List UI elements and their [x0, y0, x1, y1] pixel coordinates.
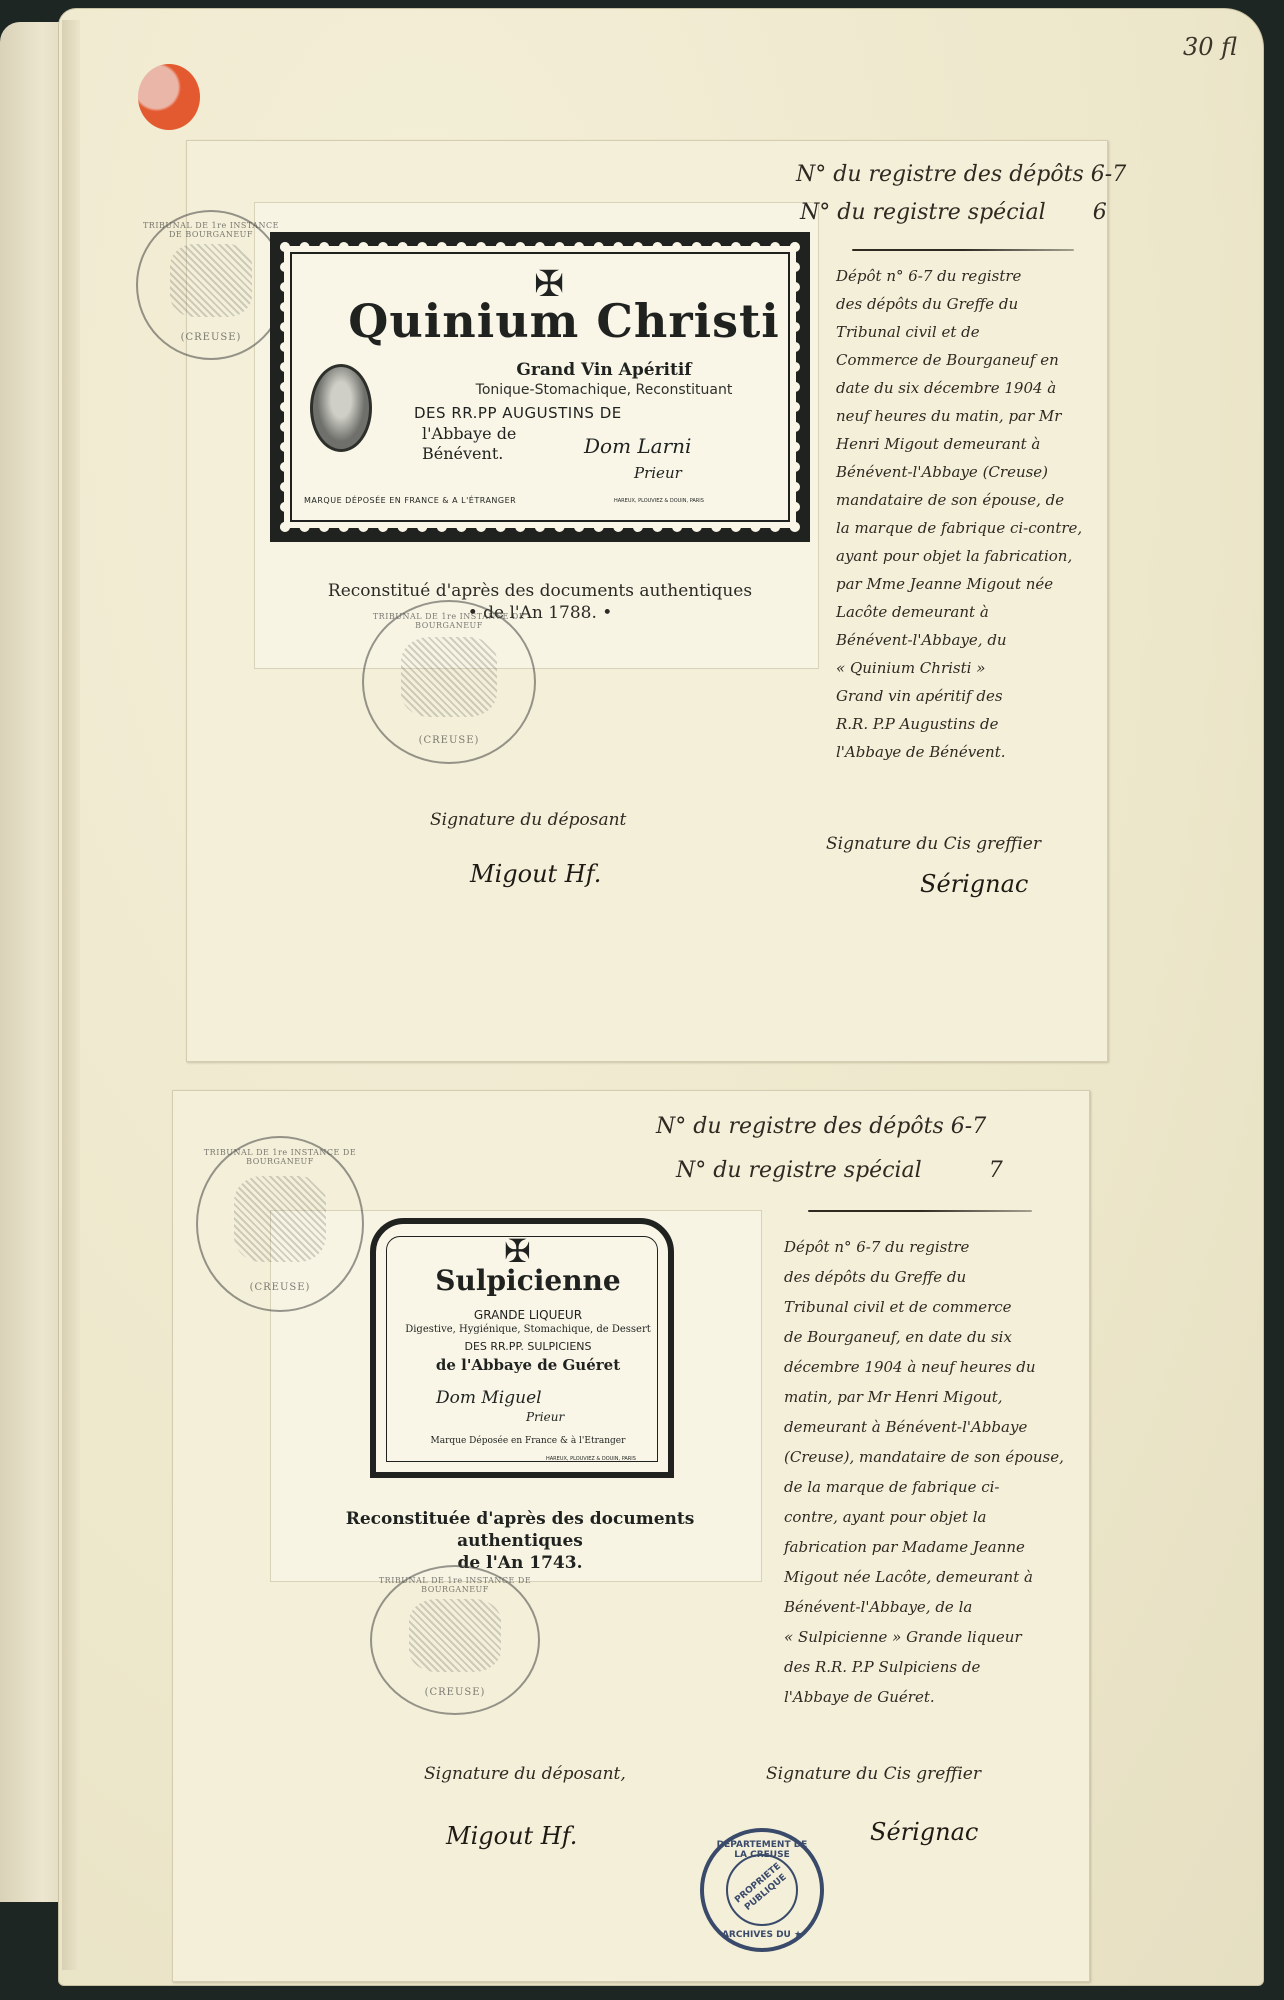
register-special-line: N° du registre spécial 6 [800, 200, 1107, 225]
label-printer: HAREUX, PLOUVIEZ & DOUIN, PARIS [546, 1456, 636, 1462]
marianne-figure-icon [234, 1176, 326, 1262]
clerk-signature-label: Signature du Cis greffier [766, 1764, 981, 1784]
trademark-label-quinium-christi: ✠ Quinium Christi Grand Vin Apéritif Ton… [270, 232, 810, 542]
register-deposits-line: N° du registre des dépôts 6-7 [656, 1114, 986, 1139]
label-makers: DES RR.PP AUGUSTINS DE [414, 404, 804, 422]
label-trademark-notice: MARQUE DÉPOSÉE EN FRANCE & A L'ÉTRANGER [304, 496, 516, 505]
tribunal-stamp: TRIBUNAL DE 1re INSTANCE DE BOURGANEUF (… [136, 210, 286, 360]
label-signature-title: Prieur [634, 464, 682, 482]
depositor-signature-label: Signature du déposant [430, 810, 626, 830]
label-signature-title: Prieur [526, 1410, 564, 1424]
marianne-figure-icon [401, 637, 496, 717]
reconstitution-note: Reconstituée d'après des documents authe… [280, 1508, 760, 1574]
marianne-figure-icon [170, 244, 252, 317]
label-title: Sulpicienne [396, 1264, 660, 1297]
label-signature: Dom Larni [584, 434, 691, 458]
register-deposits-line: N° du registre des dépôts 6-7 [796, 162, 1126, 187]
clerk-signature-label: Signature du Cis greffier [826, 834, 1041, 854]
label-signature: Dom Miguel [436, 1388, 542, 1408]
label-abbey: de l'Abbaye de Guéret [396, 1356, 660, 1374]
tribunal-stamp: TRIBUNAL DE 1re INSTANCE DE BOURGANEUF (… [196, 1136, 364, 1312]
label-qualities: Digestive, Hygiénique, Stomachique, de D… [388, 1324, 668, 1335]
medallion-icon [310, 364, 372, 452]
label-subtitle: GRANDE LIQUEUR [396, 1308, 660, 1322]
label-qualities: Tonique-Stomachique, Reconstituant [424, 382, 784, 398]
wax-seal-icon [138, 64, 200, 130]
deposit-text: Dépôt n° 6-7 du registre des dépôts du G… [784, 1232, 1064, 1712]
tribunal-stamp: TRIBUNAL DE 1re INSTANCE DE BOURGANEUF (… [362, 600, 536, 764]
label-makers: DES RR.PP. SULPICIENS [396, 1340, 660, 1353]
label-abbey: l'Abbaye de Bénévent. [422, 424, 582, 464]
trademark-label-sulpicienne: ✠ Sulpicienne GRANDE LIQUEUR Digestive, … [370, 1218, 674, 1478]
depositor-signature: Migout Hf. [446, 1822, 577, 1850]
depositor-signature-label: Signature du déposant, [424, 1764, 626, 1784]
folio-number: 30 fl [1183, 33, 1237, 61]
archives-creuse-stamp: DEPARTEMENT DE LA CREUSE PROPRIETE PUBLI… [700, 1828, 824, 1952]
label-printer: HAREUX, PLOUVIEZ & DOUIN, PARIS [614, 498, 704, 504]
register-special-line: N° du registre spécial 7 [676, 1158, 1003, 1183]
label-title: Quinium Christi [324, 294, 804, 348]
label-trademark-notice: Marque Déposée en France & à l'Etranger [396, 1436, 660, 1446]
binding-strip [62, 20, 80, 1970]
clerk-signature: Sérignac [920, 870, 1028, 898]
deposit-text: Dépôt n° 6-7 du registre des dépôts du G… [836, 262, 1082, 766]
clerk-signature: Sérignac [870, 1818, 978, 1846]
label-subtitle: Grand Vin Apéritif [454, 360, 754, 380]
depositor-signature: Migout Hf. [470, 860, 601, 888]
tribunal-stamp: TRIBUNAL DE 1re INSTANCE DE BOURGANEUF (… [370, 1565, 540, 1715]
divider-rule [808, 1210, 1032, 1212]
marianne-figure-icon [409, 1599, 502, 1672]
divider-rule [852, 249, 1074, 251]
